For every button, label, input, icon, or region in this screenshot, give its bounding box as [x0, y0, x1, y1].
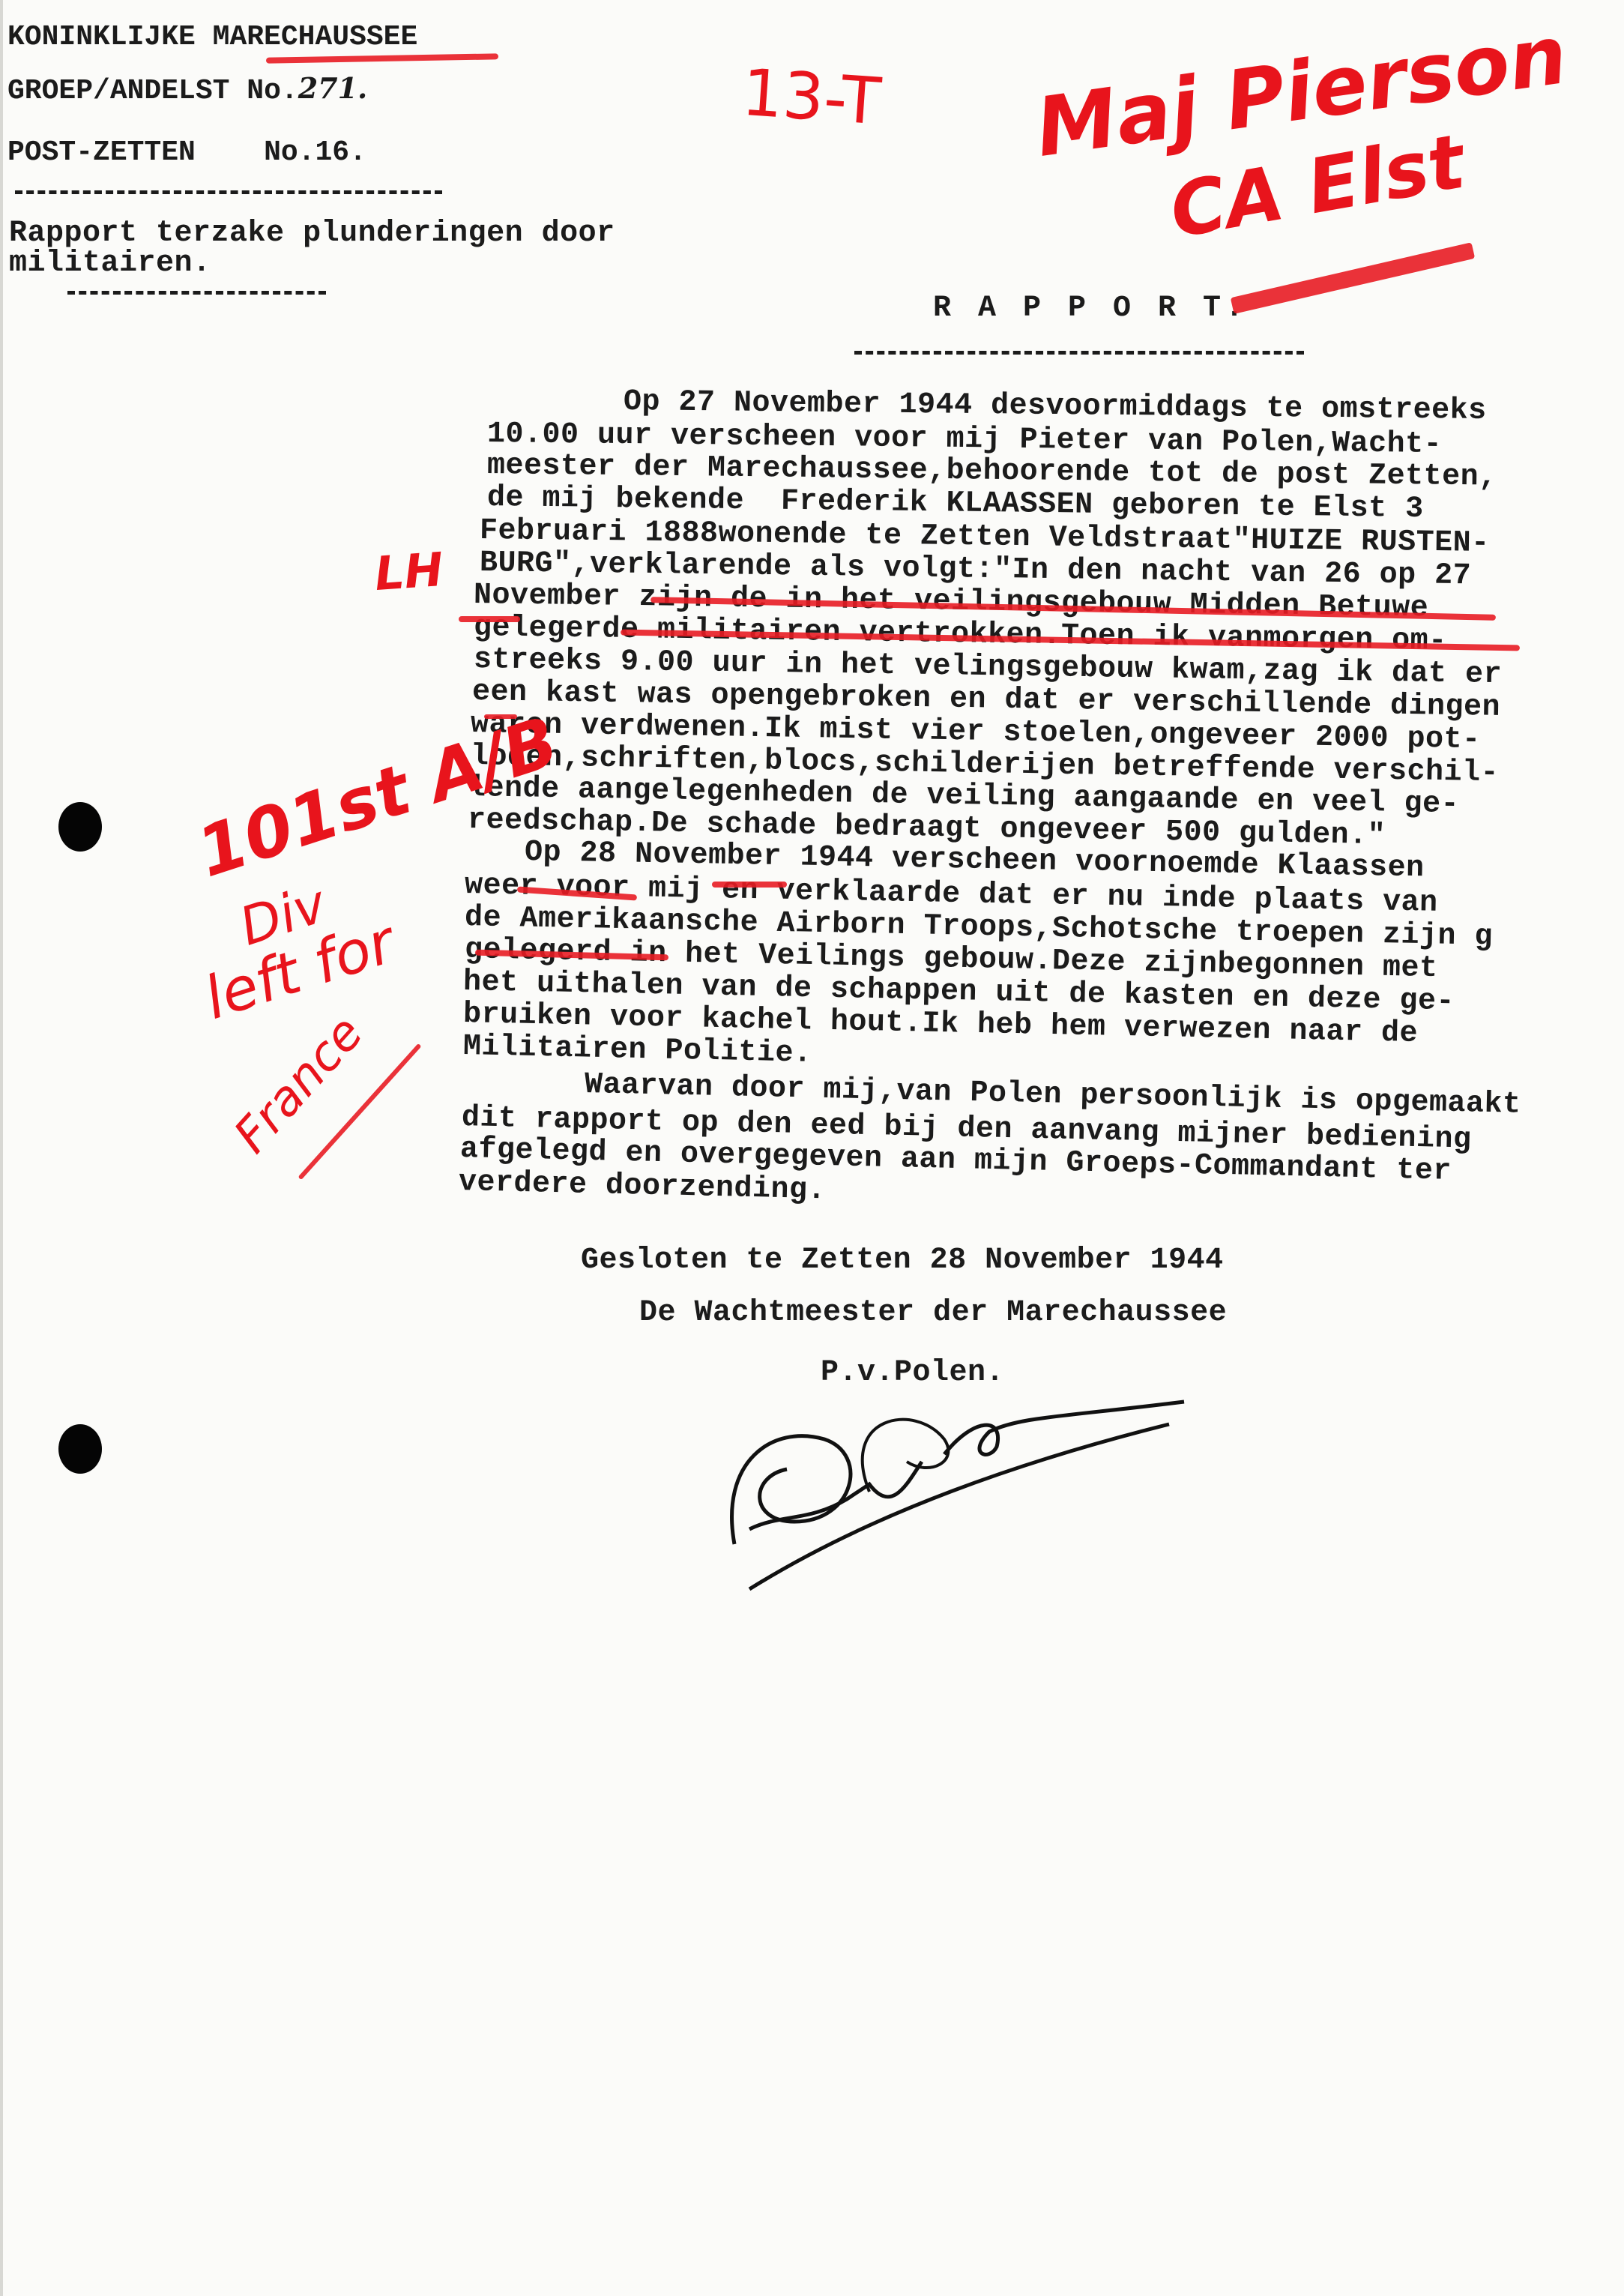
page-edge [0, 0, 3, 2296]
annotation-code: 13-T [740, 55, 884, 140]
red-underline-voornoemde [712, 882, 787, 888]
annotation-france: France [223, 1005, 374, 1163]
post-number: 16. [315, 136, 366, 169]
subject-divider [67, 291, 326, 295]
post-label: POST-ZETTEN [7, 136, 196, 169]
red-underline-november [459, 616, 520, 622]
punch-hole-upper [58, 802, 102, 852]
post-line: POST-ZETTEN No.16. [7, 136, 366, 169]
closing-place-date: Gesloten te Zetten 28 November 1944 [581, 1244, 1224, 1277]
closing-rank: De Wachtmeester der Marechaussee [639, 1297, 1227, 1330]
signature [719, 1372, 1214, 1597]
subject-line-1: Rapport terzake plunderingen door [9, 217, 615, 250]
title-divider [854, 351, 1304, 355]
post-no-label: No. [264, 136, 315, 169]
group-line: GROEP/ANDELST No.271. [7, 72, 367, 108]
report-title: R A P P O R T. [933, 292, 1248, 325]
body-line: Militairen Politie. [463, 1031, 812, 1071]
red-underline-org [266, 53, 498, 63]
group-number: 271. [298, 71, 368, 105]
annotation-initials: LH [373, 542, 445, 601]
document-page: KONINKLIJKE MARECHAUSSEE GROEP/ANDELST N… [0, 0, 1624, 2296]
header-divider [15, 190, 442, 194]
punch-hole-lower [58, 1424, 102, 1474]
group-no-label: No. [247, 75, 298, 107]
org-name: KONINKLIJKE MARECHAUSSEE [7, 21, 417, 54]
red-slash-mark [1231, 242, 1475, 314]
subject-line-2: militairen. [9, 247, 211, 280]
group-label: GROEP/ANDELST [7, 75, 229, 107]
body-line: verdere doorzending. [458, 1166, 826, 1208]
